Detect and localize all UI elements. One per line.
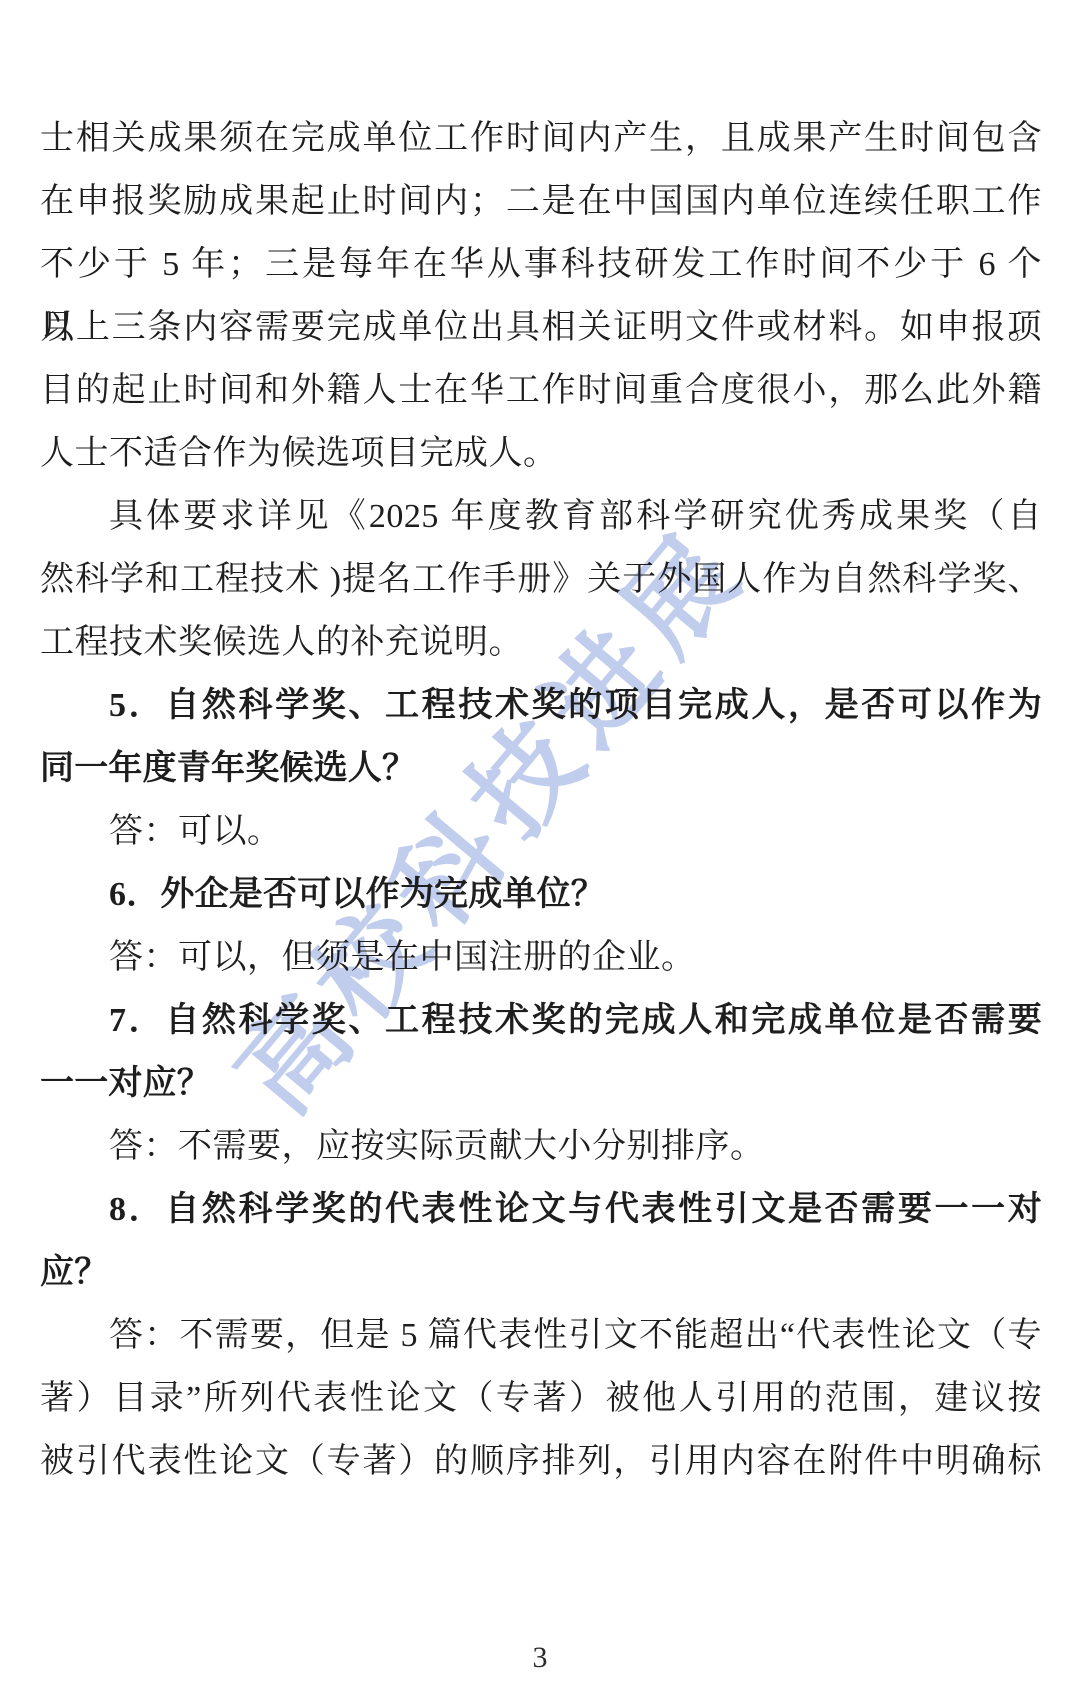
text-line: 人士不适合作为候选项目完成人。 <box>40 422 1042 485</box>
document-content: 士相关成果须在完成单位工作时间内产生，且成果产生时间包含在申报奖励成果起止时间内… <box>40 107 1042 1493</box>
text-line: 被引代表性论文（专著）的顺序排列，引用内容在附件中明确标 <box>40 1430 1042 1493</box>
text-line: 以上三条内容需要完成单位出具相关证明文件或材料。如申报项 <box>40 296 1042 359</box>
page-number: 3 <box>0 1638 1080 1678</box>
document-page: 高校科技进展 士相关成果须在完成单位工作时间内产生，且成果产生时间包含在申报奖励… <box>0 0 1080 1706</box>
text-line: 答：不需要，但是 5 篇代表性引文不能超出“代表性论文（专 <box>40 1304 1042 1367</box>
text-line: 士相关成果须在完成单位工作时间内产生，且成果产生时间包含 <box>40 107 1042 170</box>
text-line: 答：不需要，应按实际贡献大小分别排序。 <box>40 1115 1042 1178</box>
text-line: 具体要求详见《2025 年度教育部科学研究优秀成果奖（自 <box>40 485 1042 548</box>
text-line: 答：可以。 <box>40 800 1042 863</box>
text-line: 然科学和工程技术 )提名工作手册》关于外国人作为自然科学奖、 <box>40 548 1042 611</box>
text-line: 7．自然科学奖、工程技术奖的完成人和完成单位是否需要 <box>40 989 1042 1052</box>
text-line: 8．自然科学奖的代表性论文与代表性引文是否需要一一对 <box>40 1178 1042 1241</box>
text-line: 不少于 5 年；三是每年在华从事科技研发工作时间不少于 6 个月。 <box>40 233 1042 296</box>
text-line: 5．自然科学奖、工程技术奖的项目完成人，是否可以作为 <box>40 674 1042 737</box>
text-line: 工程技术奖候选人的补充说明。 <box>40 611 1042 674</box>
text-line: 同一年度青年奖候选人？ <box>40 737 1042 800</box>
text-line: 答：可以，但须是在中国注册的企业。 <box>40 926 1042 989</box>
text-line: 一一对应？ <box>40 1052 1042 1115</box>
text-line: 目的起止时间和外籍人士在华工作时间重合度很小，那么此外籍 <box>40 359 1042 422</box>
text-line: 在申报奖励成果起止时间内；二是在中国国内单位连续任职工作 <box>40 170 1042 233</box>
text-line: 应？ <box>40 1241 1042 1304</box>
text-line: 6．外企是否可以作为完成单位？ <box>40 863 1042 926</box>
text-line: 著）目录”所列代表性论文（专著）被他人引用的范围，建议按 <box>40 1367 1042 1430</box>
